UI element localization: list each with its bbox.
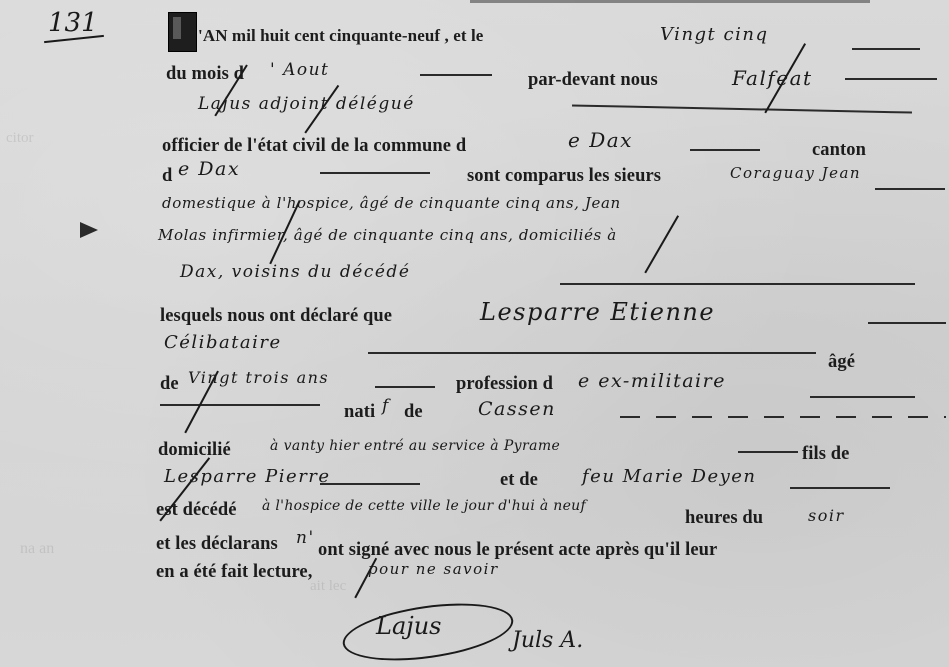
bleed-through-text: na an — [20, 540, 54, 558]
signature-second: Juls A. — [512, 628, 583, 653]
handwritten-canton: e Dax — [178, 158, 240, 180]
fill-line — [810, 396, 915, 398]
handwritten-day: Vingt cinq — [660, 24, 768, 45]
printed-text: et de — [500, 470, 538, 491]
fill-line — [738, 451, 798, 453]
signature-officer: Lajus — [376, 612, 441, 640]
handwritten-officer-title: Lajus adjoint délégué — [198, 94, 415, 114]
fill-line — [320, 172, 430, 174]
fill-line — [320, 483, 420, 485]
handwritten-commune: e Dax — [568, 128, 633, 152]
drop-cap-l — [168, 12, 197, 52]
fill-line — [560, 283, 915, 285]
printed-text: ont signé avec nous le présent acte aprè… — [318, 540, 717, 561]
bleed-through-text: ait lec — [310, 578, 346, 595]
printed-text: heures du — [685, 508, 763, 529]
register-number: 131 — [48, 8, 98, 38]
handwritten-birthplace: Cassen — [478, 398, 556, 420]
printed-text: de — [404, 402, 423, 423]
printed-text: 'AN mil huit cent cinquante-neuf , et le — [198, 26, 483, 46]
printed-text: profession d — [456, 374, 553, 395]
handwritten-domicile: à vanty hier entré au service à Pyrame — [270, 438, 560, 454]
fill-line — [868, 322, 946, 324]
handwritten-profession: e ex-militaire — [578, 370, 726, 392]
fill-line — [375, 386, 435, 388]
fill-line — [160, 404, 320, 406]
fill-line — [790, 487, 890, 489]
printed-text: fils de — [802, 444, 849, 465]
fill-line — [845, 78, 937, 80]
handwritten-officer-name: Falfeat — [732, 66, 813, 90]
handwritten-mother: feu Marie Deyen — [582, 466, 757, 487]
top-rule — [470, 0, 870, 3]
bleed-through-text: citor — [6, 130, 34, 147]
handwritten-witness-2: Molas infirmier, âgé de cinquante cinq a… — [158, 226, 617, 244]
handwritten-place-of-death: à l'hospice de cette ville le jour d'hui… — [262, 498, 586, 514]
fill-line-dashed — [620, 416, 946, 418]
printed-text: canton — [812, 140, 866, 161]
printed-text: du mois d — [166, 64, 244, 85]
printed-text: officier de l'état civil de la commune d — [162, 136, 466, 157]
printed-text: sont comparus les sieurs — [467, 166, 661, 187]
handwritten-witness-1: Coraguay Jean — [730, 164, 861, 182]
margin-arrow-mark — [80, 222, 98, 238]
handwritten-time-of-day: soir — [808, 506, 845, 525]
fill-line — [852, 48, 920, 50]
printed-text: par-devant nous — [528, 70, 658, 91]
handwritten-witness-details: domestique à l'hospice, âgé de cinquante… — [162, 194, 621, 212]
printed-text: nati — [344, 402, 375, 423]
fill-line — [420, 74, 492, 76]
handwritten-witness-relation: Dax, voisins du décédé — [180, 262, 410, 282]
printed-text: de — [160, 374, 179, 395]
handwritten-gender-suffix: f — [382, 396, 390, 416]
handwritten-deceased-name: Lesparre Etienne — [480, 298, 715, 326]
printed-text: lesquels nous ont déclaré que — [160, 306, 392, 327]
fill-line — [875, 188, 945, 190]
fill-line — [690, 149, 760, 151]
printed-text: et les déclarans — [156, 534, 278, 555]
printed-text: domicilié — [158, 440, 231, 461]
handwritten-month: ' Aout — [270, 60, 329, 80]
handwritten-reason: pour ne savoir — [368, 560, 499, 578]
printed-text: en a été fait lecture, — [156, 562, 312, 583]
handwritten-negation: n' — [296, 528, 315, 548]
printed-text: âgé — [828, 352, 855, 373]
fill-line — [368, 352, 816, 354]
printed-text: d — [162, 166, 172, 187]
handwritten-marital-status: Célibataire — [164, 332, 282, 353]
